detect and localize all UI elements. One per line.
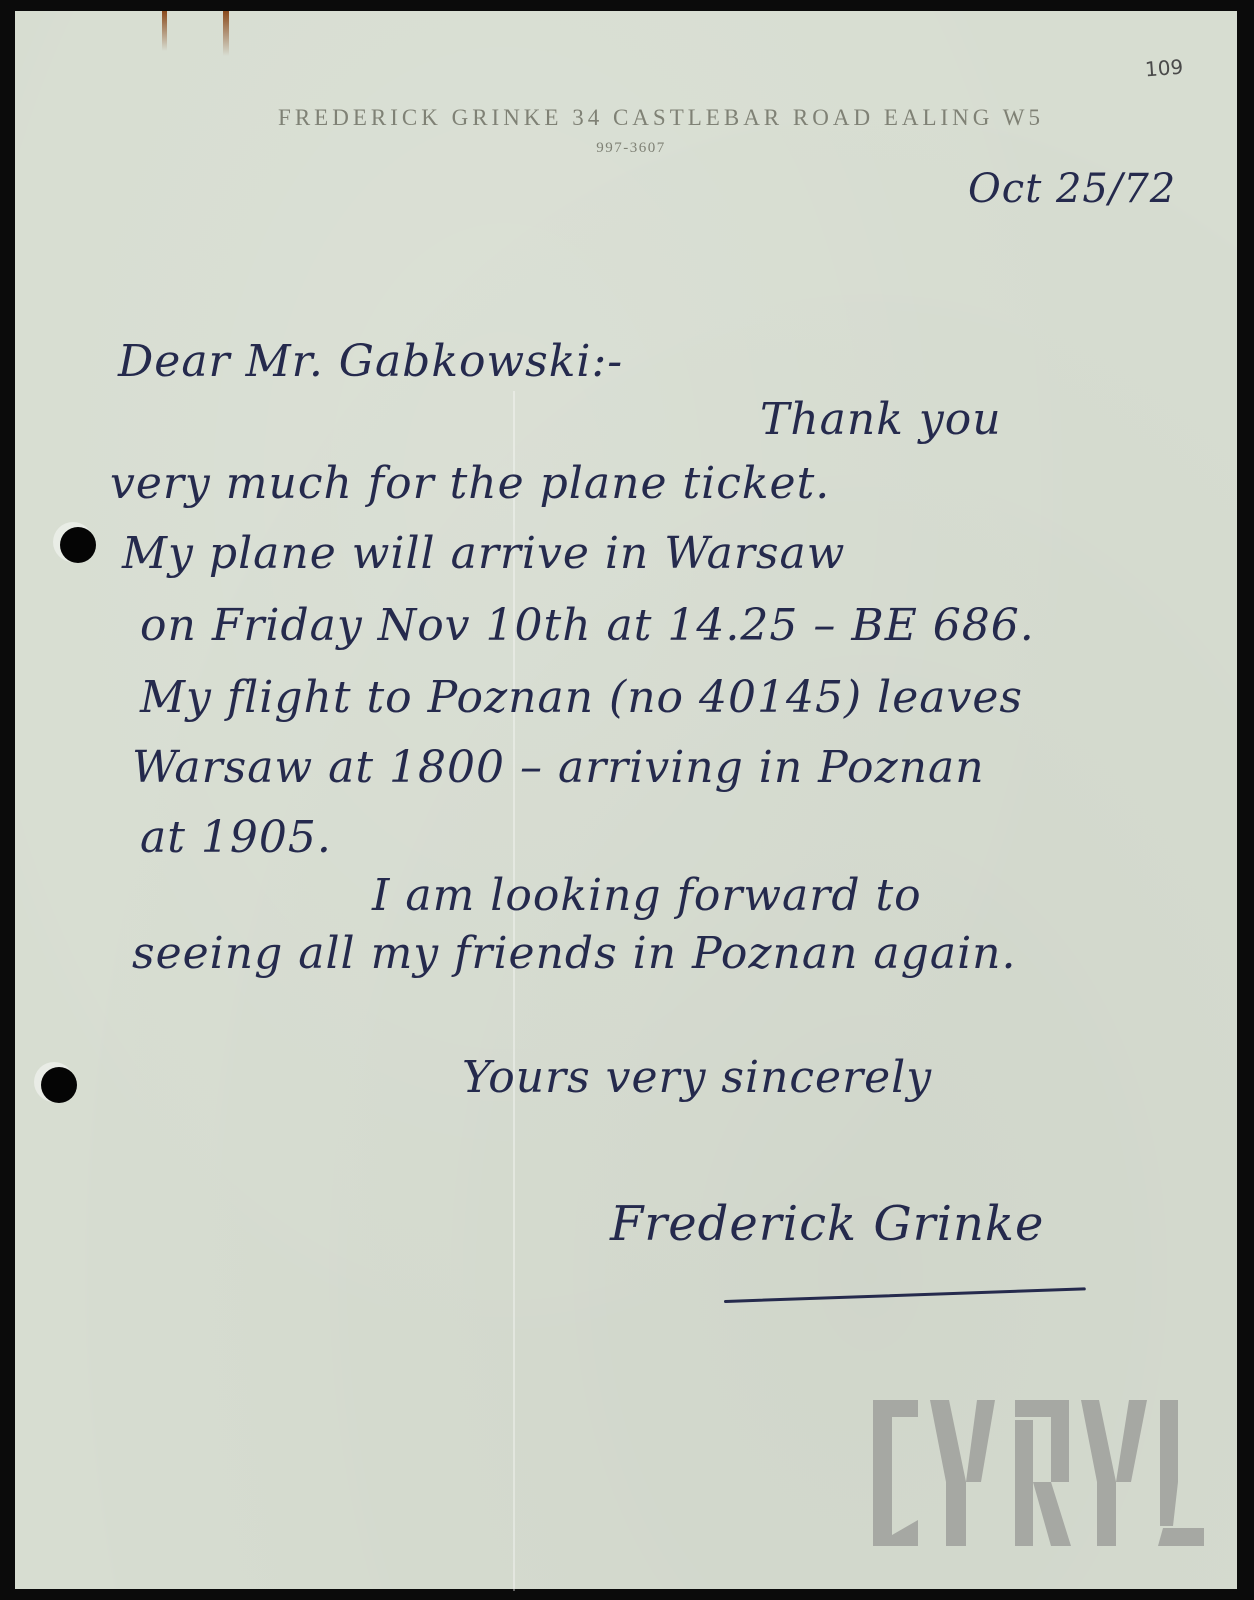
body-line: I am looking forward to — [372, 870, 922, 921]
signature: Frederick Grinke — [610, 1196, 1044, 1252]
body-line: very much for the plane ticket. — [110, 458, 830, 509]
punch-hole — [60, 527, 96, 563]
letter-page: 109 FREDERICK GRINKE 34 CASTLEBAR ROAD E… — [15, 11, 1237, 1589]
archive-page-number: 109 — [1144, 55, 1184, 82]
closing: Yours very sincerely — [462, 1052, 932, 1103]
body-line: seeing all my friends in Poznan again. — [132, 928, 1016, 979]
body-line: Warsaw at 1800 – arriving in Poznan — [132, 742, 985, 793]
punch-hole — [41, 1067, 77, 1103]
body-line: My plane will arrive in Warsaw — [122, 528, 845, 579]
letter-date: Oct 25/72 — [968, 166, 1176, 212]
body-line: Thank you — [760, 394, 1002, 445]
salutation: Dear Mr. Gabkowski:- — [118, 336, 623, 387]
letterhead-phone: 997-3607 — [15, 140, 1237, 157]
rust-stain — [162, 11, 167, 51]
letterhead: FREDERICK GRINKE 34 CASTLEBAR ROAD EALIN… — [15, 105, 1237, 157]
letterhead-name-address: FREDERICK GRINKE 34 CASTLEBAR ROAD EALIN… — [15, 105, 1237, 131]
cyryl-watermark-logo — [873, 1400, 1208, 1546]
rust-stain — [223, 11, 229, 56]
body-line: My flight to Poznan (no 40145) leaves — [140, 672, 1023, 723]
body-line: on Friday Nov 10th at 14.25 – BE 686. — [140, 600, 1035, 651]
body-line: at 1905. — [140, 812, 332, 863]
